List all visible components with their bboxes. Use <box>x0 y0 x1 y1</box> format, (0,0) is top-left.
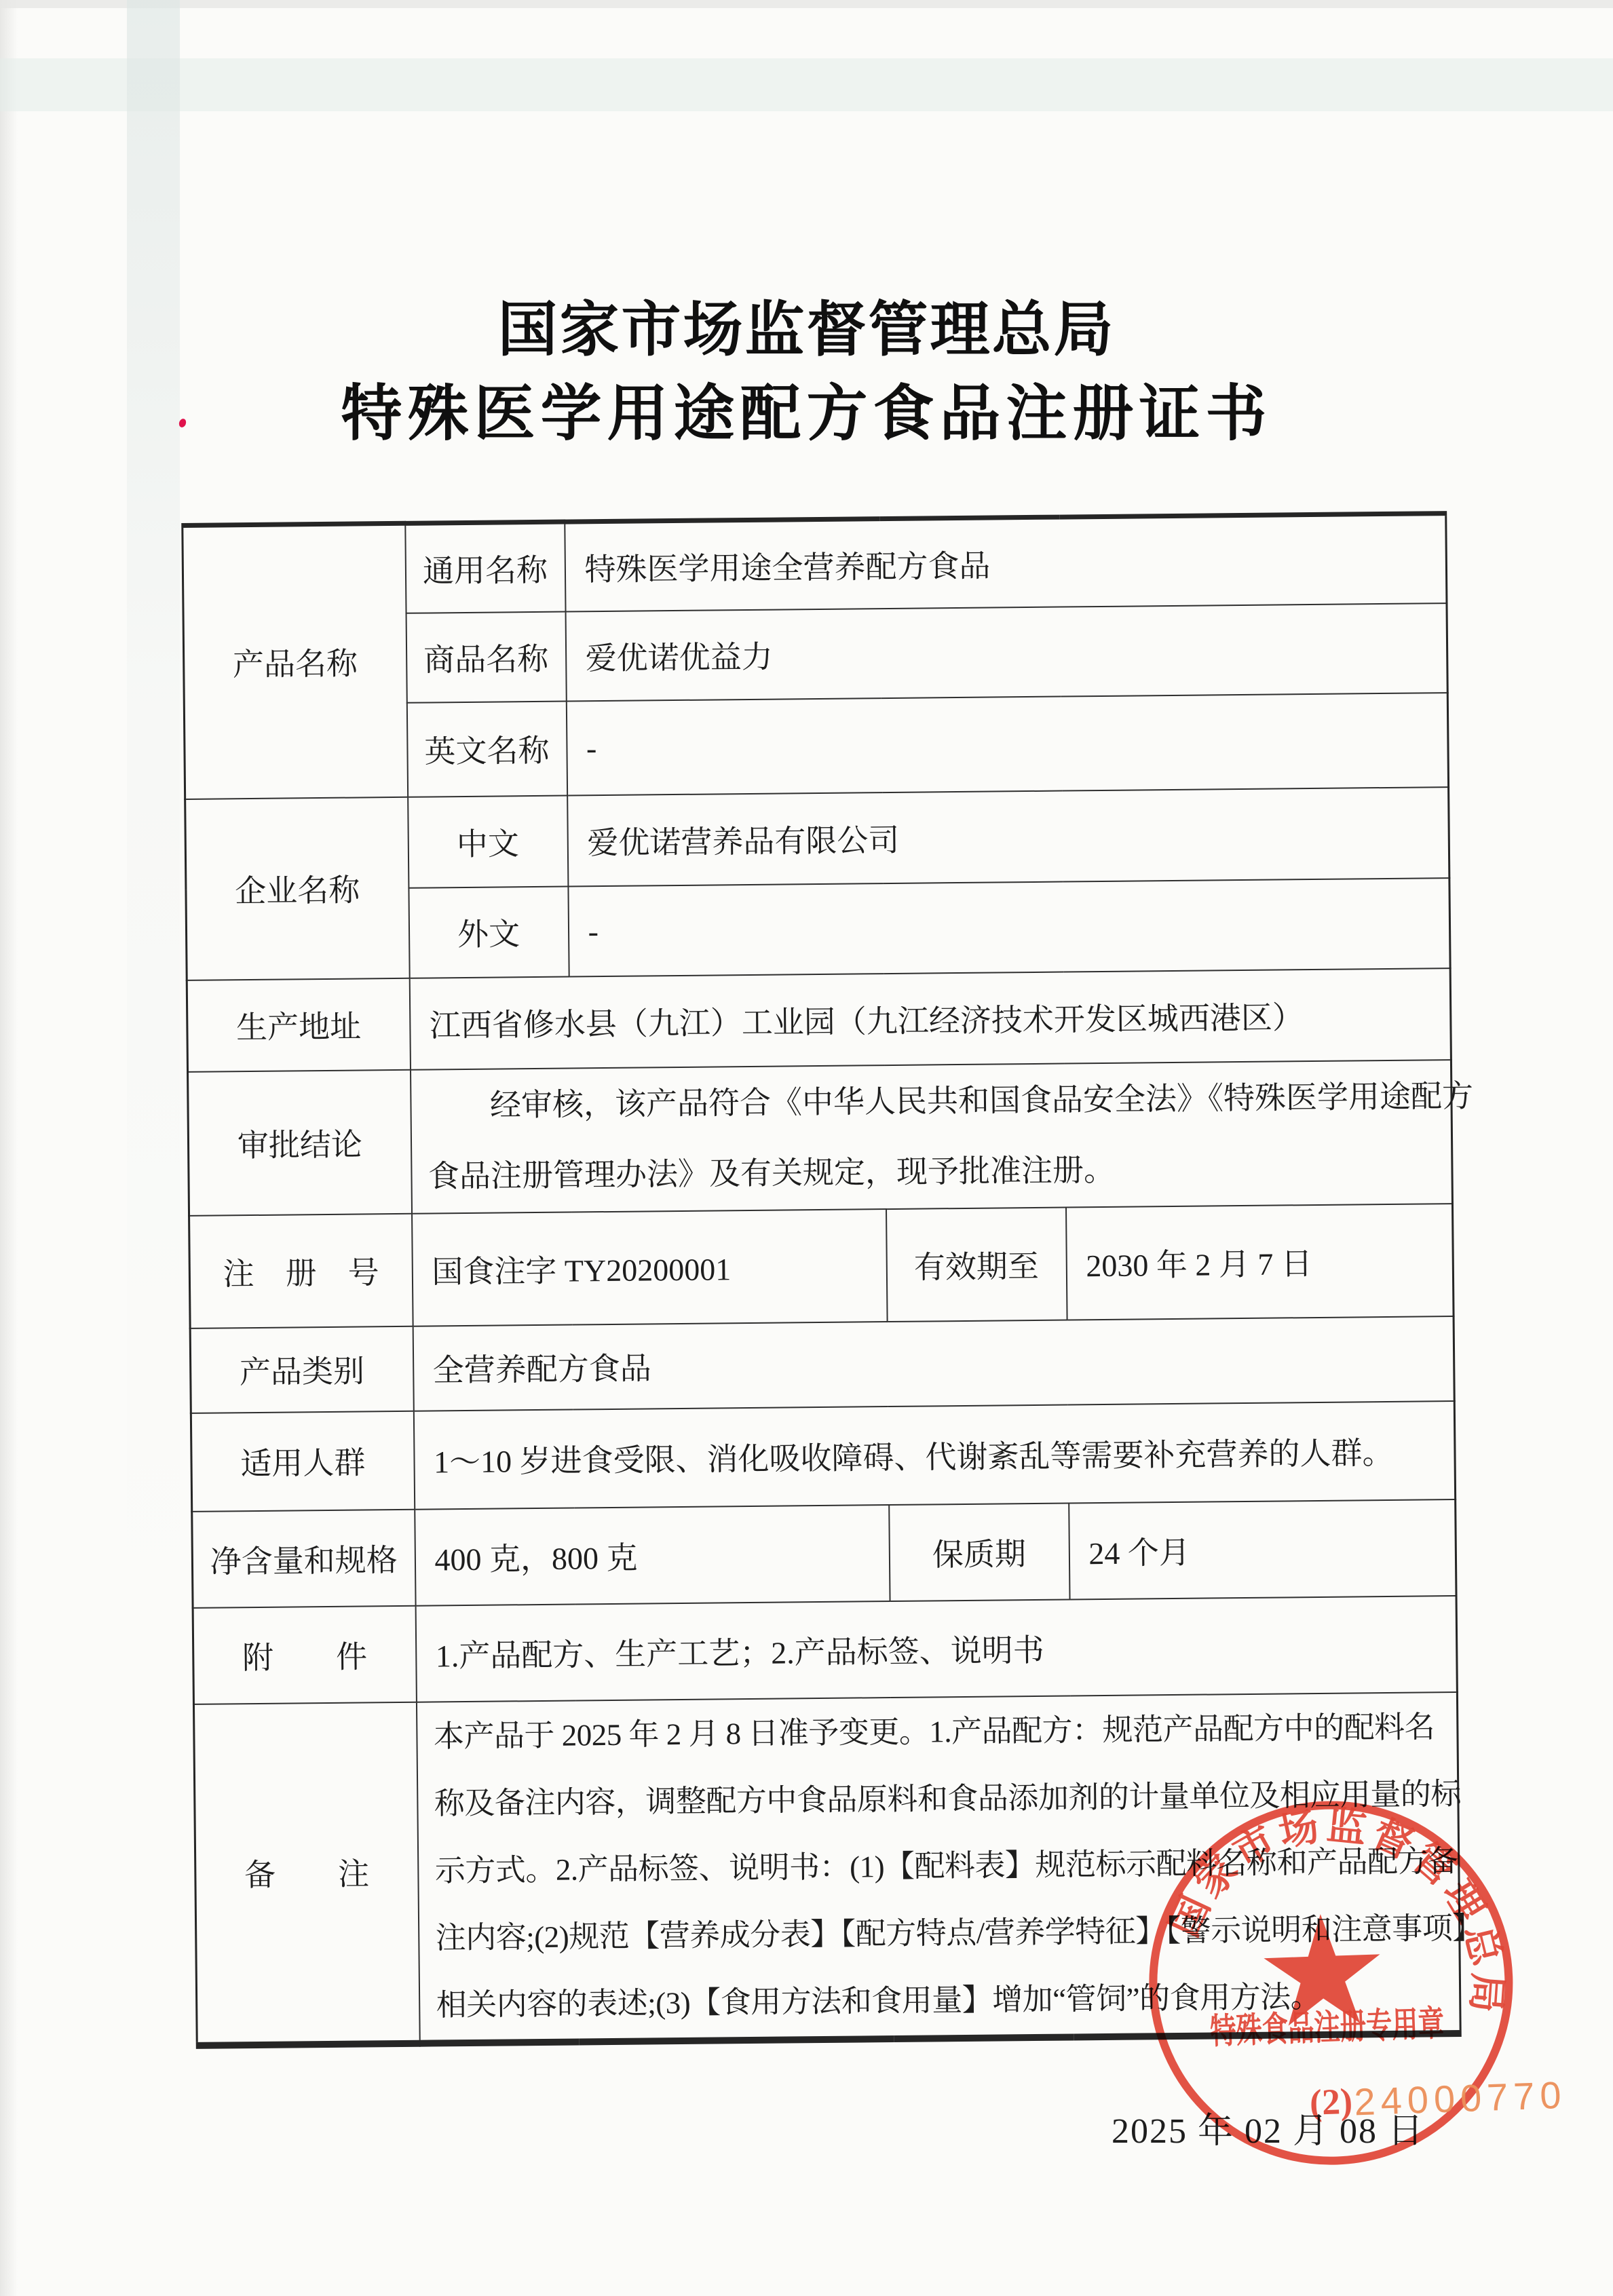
company-cn-value: 爱优诺营养品有限公司 <box>567 787 1449 886</box>
certificate-page: 国家市场监督管理总局 特殊医学用途配方食品注册证书 产品名称 通用名称 特殊医学… <box>0 0 1613 2296</box>
seal-bottom-text: 特殊食品注册专用章 <box>1209 2004 1445 2052</box>
address-label: 生产地址 <box>187 978 410 1071</box>
shelf-life-label: 保质期 <box>889 1503 1069 1601</box>
row-category: 产品类别 全营养配方食品 <box>190 1316 1454 1413</box>
seal-sub-number: (2) <box>1309 2081 1353 2123</box>
trade-name-value: 爱优诺优益力 <box>565 603 1447 701</box>
valid-until-label: 有效期至 <box>886 1207 1067 1322</box>
net-content-value: 400 克，800 克 <box>415 1505 890 1606</box>
issuer-title: 国家市场监督管理总局 <box>0 297 1613 365</box>
company-foreign-value: - <box>568 878 1450 976</box>
scan-edge-artifact <box>0 0 1613 8</box>
company-cn-label: 中文 <box>408 795 568 887</box>
english-name-label: 英文名称 <box>406 701 567 797</box>
trade-name-label: 商品名称 <box>406 611 566 702</box>
certificate-title: 特殊医学用途配方食品注册证书 <box>0 377 1613 452</box>
attachment-value: 1.产品配方、生产工艺；2.产品标签、说明书 <box>415 1596 1457 1702</box>
approval-line-2: 食品注册管理办法》及有关规定，现予批准注册。 <box>428 1132 1447 1212</box>
generic-name-label: 通用名称 <box>405 522 565 613</box>
scan-band-artifact <box>0 58 1613 111</box>
company-label: 企业名称 <box>185 797 410 980</box>
seal-serial-number: 24000770 <box>1353 2073 1567 2124</box>
english-name-value: - <box>566 693 1448 795</box>
row-generic-name: 产品名称 通用名称 特殊医学用途全营养配方食品 <box>183 514 1447 615</box>
net-content-label: 净含量和规格 <box>192 1509 415 1607</box>
address-value: 江西省修水县（九江）工业园（九江经济技术开发区城西港区） <box>409 968 1451 1070</box>
company-foreign-label: 外文 <box>409 886 569 978</box>
reg-no-value: 国食注字 TY20200001 <box>412 1209 888 1326</box>
attachment-label: 附 件 <box>193 1605 416 1704</box>
row-company-cn: 企业名称 中文 爱优诺营养品有限公司 <box>185 787 1449 890</box>
target-group-label: 适用人群 <box>191 1411 414 1511</box>
shelf-life-value: 24 个月 <box>1069 1499 1456 1599</box>
row-net-content: 净含量和规格 400 克，800 克 保质期 24 个月 <box>192 1499 1456 1608</box>
official-seal-graphic: 国家市场监督管理总局 特殊食品注册专用章 (2) 24000770 <box>1098 1749 1589 2240</box>
row-registration-number: 注 册 号 国食注字 TY20200001 有效期至 2030 年 2 月 7 … <box>189 1204 1454 1328</box>
row-address: 生产地址 江西省修水县（九江）工业园（九江经济技术开发区城西港区） <box>187 968 1451 1072</box>
category-value: 全营养配方食品 <box>413 1316 1454 1411</box>
approval-line-1: 经审核，该产品符合《中华人民共和国食品安全法》《特殊医学用途配方 <box>428 1061 1447 1141</box>
remarks-label: 备 注 <box>193 1702 419 2045</box>
approval-label: 审批结论 <box>188 1069 412 1215</box>
target-group-value: 1～10 岁进食受限、消化吸收障碍、代谢紊乱等需要补充营养的人群。 <box>413 1401 1455 1510</box>
row-target-group: 适用人群 1～10 岁进食受限、消化吸收障碍、代谢紊乱等需要补充营养的人群。 <box>191 1401 1455 1512</box>
generic-name-value: 特殊医学用途全营养配方食品 <box>565 514 1447 611</box>
reg-no-label: 注 册 号 <box>189 1213 413 1328</box>
row-approval: 审批结论 经审核，该产品符合《中华人民共和国食品安全法》《特殊医学用途配方 食品… <box>188 1060 1453 1216</box>
row-attachment: 附 件 1.产品配方、生产工艺；2.产品标签、说明书 <box>193 1596 1457 1704</box>
approval-value: 经审核，该产品符合《中华人民共和国食品安全法》《特殊医学用途配方 食品注册管理办… <box>410 1060 1452 1214</box>
category-label: 产品类别 <box>190 1326 413 1413</box>
product-name-label: 产品名称 <box>183 523 408 799</box>
official-seal: 国家市场监督管理总局 特殊食品注册专用章 (2) 24000770 <box>1098 1749 1589 2240</box>
valid-until-value: 2030 年 2 月 7 日 <box>1065 1204 1454 1320</box>
